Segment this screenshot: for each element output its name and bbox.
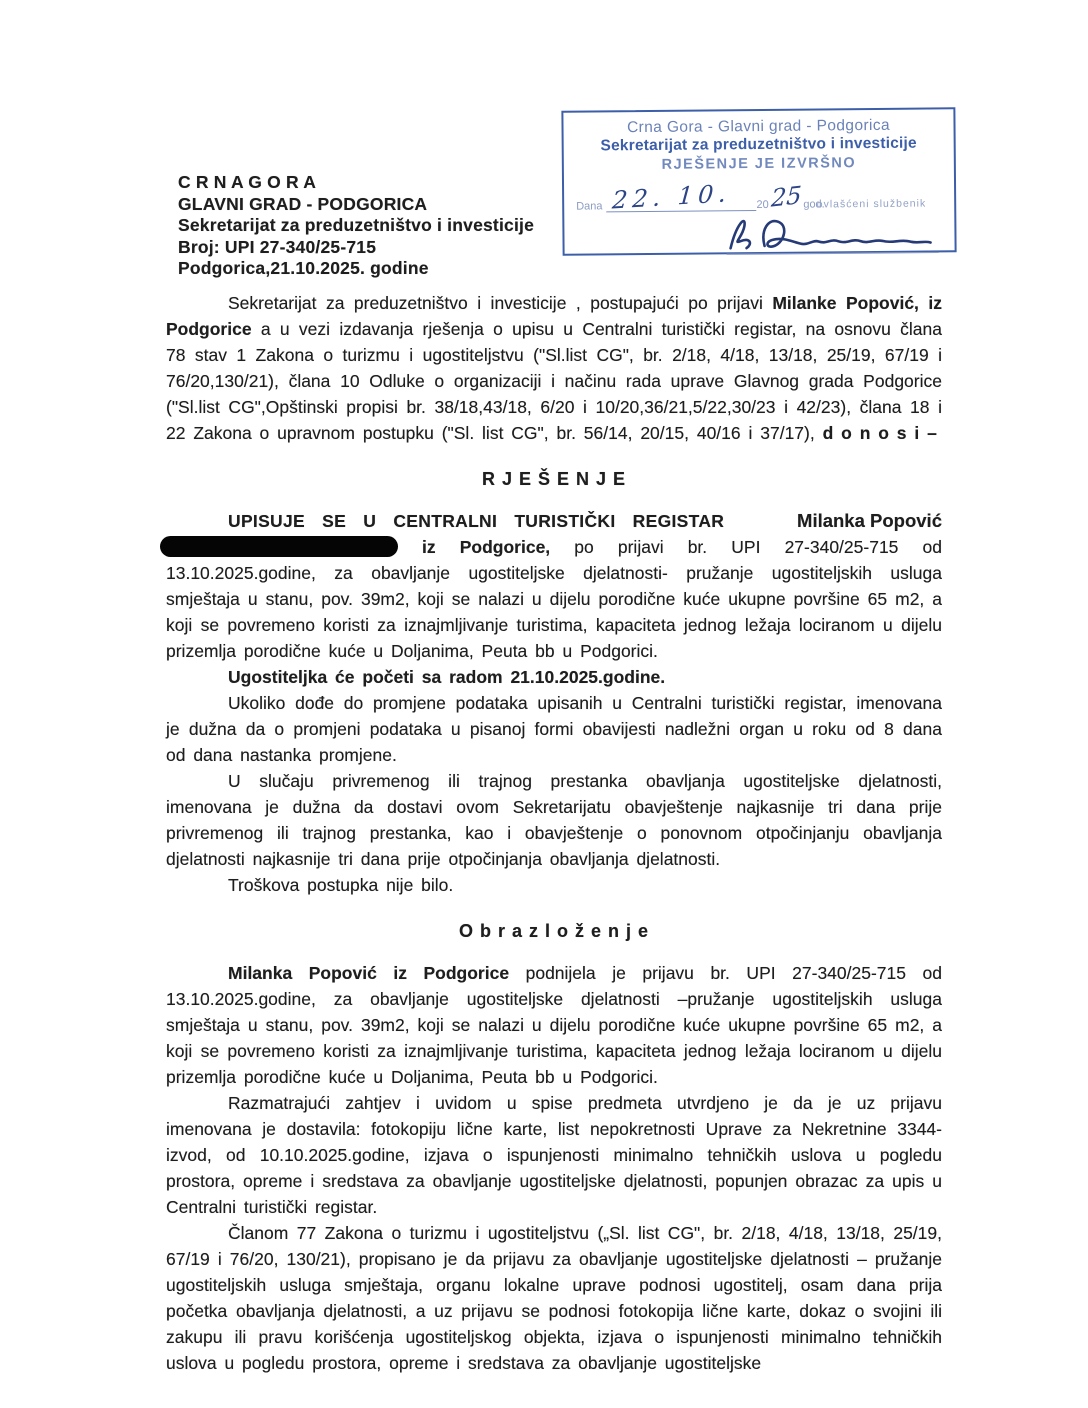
stamp-department-line: Sekretarijat za preduzetništvo i investi… bbox=[564, 134, 954, 155]
dispositive-bold-city: iz Podgorice, bbox=[422, 537, 550, 557]
stamp-status-line: RJEŠENJE JE IZVRŠNO bbox=[564, 154, 954, 173]
dispositive-first-line: UPISUJE SE U CENTRALNI TURISTIČKI REGIST… bbox=[166, 508, 942, 534]
applicant-name: Milanka Popović bbox=[797, 508, 942, 534]
executory-stamp: Crna Gora - Glavni grad - Podgorica Sekr… bbox=[561, 107, 956, 255]
explanation-paragraph-3: Članom 77 Zakona o turizmu i ugostiteljs… bbox=[166, 1220, 942, 1376]
dispositive-caps: UPISUJE SE U CENTRALNI TURISTIČKI REGIST… bbox=[228, 508, 724, 534]
paragraph-data-change: Ukoliko dođe do promjene podataka upisan… bbox=[166, 690, 942, 768]
letterhead-place-date: Podgorica,21.10.2025. godine bbox=[178, 258, 534, 280]
intro-text-1: Sekretarijat za preduzetništvo i investi… bbox=[228, 293, 772, 313]
letterhead-city: GLAVNI GRAD - PODGORICA bbox=[178, 194, 534, 216]
heading-obrazlozenje: O b r a z l o ž e n j e bbox=[166, 918, 942, 944]
paragraph-costs: Troškova postupka nije bilo. bbox=[166, 872, 942, 898]
letterhead-case-number: Broj: UPI 27-340/25-715 bbox=[178, 237, 534, 259]
intro-paragraph: Sekretarijat za preduzetništvo i investi… bbox=[166, 290, 942, 446]
redaction-bar bbox=[160, 536, 398, 557]
dispositive-paragraph: iz Podgorice, po prijavi br. UPI 27-340/… bbox=[166, 534, 942, 664]
explanation-paragraph-1: Milanka Popović iz Podgorice podnijela j… bbox=[166, 960, 942, 1090]
letterhead-department: Sekretarijat za preduzetništvo i investi… bbox=[178, 215, 534, 237]
donosi-word: d o n o s i – bbox=[823, 423, 937, 443]
stamp-date-label: Dana bbox=[576, 200, 602, 212]
heading-rjesenje: R J E Š E N J E bbox=[166, 466, 942, 492]
letterhead-country: C R N A G O R A bbox=[178, 172, 534, 194]
applicant-name-explanation: Milanka Popović iz Podgorice bbox=[228, 963, 509, 983]
scanned-decision-document: C R N A G O R A GLAVNI GRAD - PODGORICA … bbox=[0, 0, 1088, 1408]
paragraph-cessation: U slučaju privremenog ili trajnog presta… bbox=[166, 768, 942, 872]
signature-handwriting bbox=[716, 202, 946, 262]
letterhead: C R N A G O R A GLAVNI GRAD - PODGORICA … bbox=[178, 172, 534, 280]
document-body: Sekretarijat za preduzetništvo i investi… bbox=[166, 290, 942, 1376]
explanation-paragraph-2: Razmatrajući zahtjev i uvidom u spise pr… bbox=[166, 1090, 942, 1220]
start-date-line: Ugostiteljka će početi sa radom 21.10.20… bbox=[166, 664, 942, 690]
